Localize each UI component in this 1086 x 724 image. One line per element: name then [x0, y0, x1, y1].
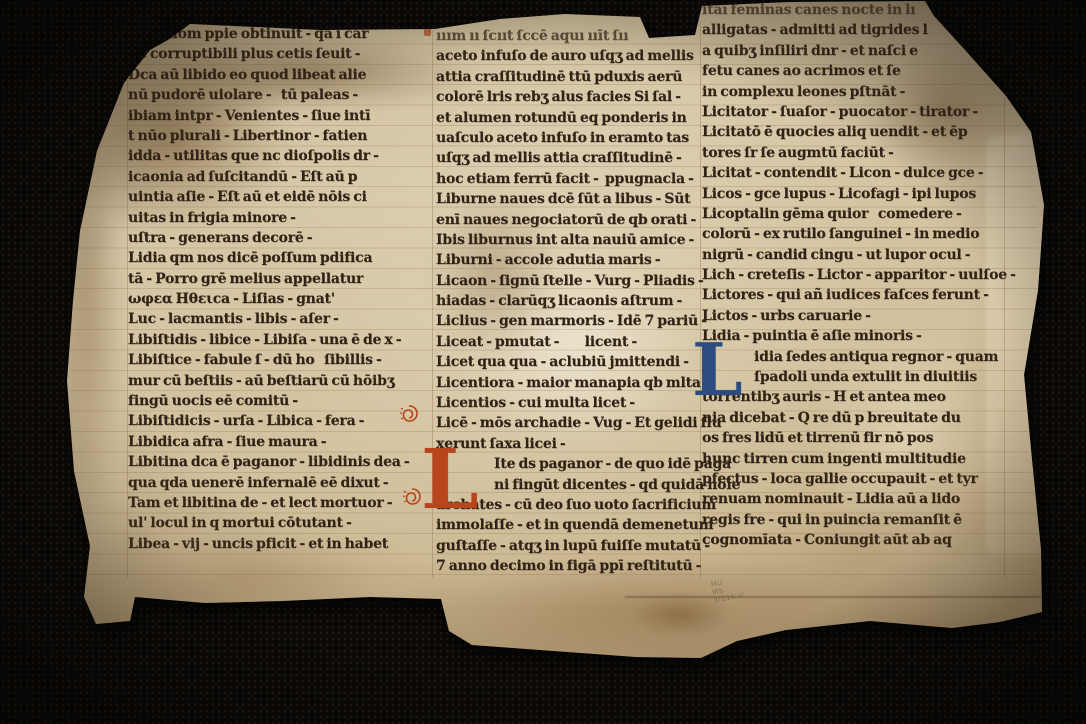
text-line: fingū uocis eē comitū - [128, 391, 409, 411]
parchment-fragment: hoc ſ nōm ppie obtinuit - qa ī car ne co… [0, 0, 1086, 724]
text-line: Lictores - qui añ iudices faſces ferunt … [702, 285, 1016, 305]
text-line: Licitator - ſuaſor - puocator - tirator … [702, 102, 1016, 122]
text-line: enī naues negociatorū de qb orati - [436, 210, 740, 230]
text-line: pfectus - loca gallie occupauit - et tyr [702, 469, 1016, 489]
text-line: os fres lidū et tirrenū fir nō pos [702, 428, 1016, 448]
text-line: immolaſſe - et in quendā demenetum [436, 515, 740, 535]
text-line: Libea - vij - uncis pficit - et in habet [128, 534, 409, 554]
text-line: qua qda uenerē infernalē eē dixut - [128, 473, 409, 493]
text-line: t nūo plurali - Libertinor - fatien [128, 126, 409, 146]
text-line: colorē lris rebʒ alus facies Si ſal - [436, 87, 740, 107]
text-line: ωφεα Ηθειca - Liſias - gnat' [128, 289, 409, 309]
text-line: renuam nominauit - Lidia aū a lido [702, 489, 1016, 509]
text-line: Licē - mōs archadie - Vug - Et gelidi fl… [436, 413, 740, 433]
text-line: Licet qua qua - aclubiū jmittendi - [436, 352, 740, 372]
text-line: Libidica afra - ſiue maura - [128, 432, 409, 452]
text-line: Licitatō ē quocies aliq uendit - et ēp [702, 122, 1016, 142]
text-line: ibiam intpr - Venientes - ſiue intī [128, 106, 409, 126]
text-line: hoc ſ nōm ppie obtinuit - qa ī car [128, 24, 409, 44]
text-line: cognomīata - Coniungit aūt ab aq [702, 530, 1016, 550]
text-line: alligatas - admitti ad tigrides l [702, 20, 1016, 40]
text-line: in complexu leones pſtnāt - [702, 82, 1016, 102]
text-line: 7 anno decimo in figā ppī reſtitutū - [436, 556, 740, 576]
text-line: uintia aſie - Eſt aū et eidē nōis ci [128, 187, 409, 207]
text-line: Liburni - accole adutia maris - [436, 250, 740, 270]
text-line: Lich - creteſis - Lictor - apparitor - u… [702, 265, 1016, 285]
text-line: Licoptalin gēma quior comedere - [702, 204, 1016, 224]
text-line: Ite ds paganor - de quo idē paga [436, 454, 740, 474]
text-line: a quibʒ inſiliri dnr - et naſci e [702, 41, 1016, 61]
text-line: mur cū beſtiis - aū beſtiarū cū hōibʒ [128, 371, 409, 391]
text-line: Liburne naues dcē ſūt a libus - Sūt [436, 189, 740, 209]
text-line: fetu canes ao acrimos et ſe [702, 61, 1016, 81]
text-line: tores ſr ſe augmtū faciūt - [702, 143, 1016, 163]
text-line: uaſculo aceto infuſo in eramto tas [436, 128, 740, 148]
text-line: Lidia qm nos dicē poſſum pdifica [128, 248, 409, 268]
text-line: ni fingūt dicentes - qd quidā noīe [436, 475, 740, 495]
text-line: hunc tirren cum ingenti multitudie [702, 449, 1016, 469]
text-line: Liceat - pmutat - licent - [436, 332, 740, 352]
text-line: Liclius - gen marmoris - Idē 7 pariū - [436, 311, 740, 331]
parchment-wrapper: hoc ſ nōm ppie obtinuit - qa ī car ne co… [0, 0, 1086, 724]
text-line: uſtra - generans decorē - [128, 228, 409, 248]
text-column-left: hoc ſ nōm ppie obtinuit - qa ī car ne co… [128, 24, 409, 554]
text-line: nū pudorē uiolare - tū paleas - [128, 85, 409, 105]
text-line: Licaon - ſignū ſtelle - Vurg - Pliadis - [436, 271, 740, 291]
text-line: colorū - ex rutilo ſanguinei - in medio [702, 224, 1016, 244]
text-line: icaonia ad ſuſcitandū - Eſt aū p [128, 167, 409, 187]
text-line: tā - Porro grē melius appellatur [128, 269, 409, 289]
text-line: regis fre - qui in puincia remanſit ē [702, 510, 1016, 530]
text-line: Tam et libitina de - et lect mortuor - [128, 493, 409, 513]
text-line: nia dicebat - Q re dū p breuitate du [702, 408, 1016, 428]
text-line: Ibis liburnus int alta nauiū amice - [436, 230, 740, 250]
text-line: ſpadoli unda extulit in diuitiis [702, 367, 1016, 387]
text-line: ul' locul in q mortui cōtutant - [128, 513, 409, 533]
text-line-cropped: ııım ıı ſcııt ſccē aquı ııīt ſıı [436, 26, 740, 46]
red-paragraph-mark [424, 27, 431, 36]
text-line: Dca aū libido eo quod libeat alie [128, 65, 409, 85]
text-line: uſqʒ ad mellis attia craſſitudinē - [436, 148, 740, 168]
text-line-cropped: ıtaı feminas canes nocte in lı [702, 0, 1016, 20]
text-line: Libitina dca ē paganor - libidinis dea - [128, 452, 409, 472]
text-column-right: ıtaı feminas canes nocte in lı alligatas… [702, 0, 1016, 551]
text-column-middle: ııım ıı ſcııt ſccē aquı ııīt ſıı aceto i… [436, 26, 740, 577]
text-line: idda - utilitas que nc dioſpolis dr - [128, 146, 409, 166]
red-spiral-ornament-icon [402, 487, 422, 507]
text-line: nigrū - candid cingu - ut lupor ocul - [702, 245, 1016, 265]
text-line: Libiſtice - fabule ſ - dū ho ſibillis - [128, 350, 409, 370]
text-line: et alumen rotundū eq ponderis in [436, 108, 740, 128]
text-line: attia craſſitudinē ttū pduxis aerū [436, 67, 740, 87]
text-line: Libiſtidicis - urſa - Libica - fera - [128, 411, 409, 431]
text-line: Lictos - urbs caruarie - [702, 306, 1016, 326]
text-line: aceto infuſo de auro uſqʒ ad mellis [436, 46, 740, 66]
text-line: xerunt ſaxa licei - [436, 434, 740, 454]
red-spiral-ornament-icon [399, 404, 419, 424]
text-line: uitas in frigia minore - [128, 208, 409, 228]
text-line: Lidia - puintia ē aſie minoris - [702, 326, 1016, 346]
text-line: Libiſtidis - libice - Libiſa - una ē de … [128, 330, 409, 350]
text-line: hiadas - clarūqʒ licaonis aſtrum - [436, 291, 740, 311]
text-line: Licentios - cui multa licet - [436, 393, 740, 413]
text-line: torrentibʒ auris - H et antea meo [702, 387, 1016, 407]
text-line: Licentiora - maior manapia qb mlta - [436, 373, 740, 393]
fold-crease [625, 596, 1045, 598]
text-line: Luc - lacmantis - libis - aſer - [128, 309, 409, 329]
text-line: archates - cū deo ſuo uoto ſacrificium [436, 495, 740, 515]
text-line: ne corruptibili plus cetis ſeuit - [128, 44, 409, 64]
text-line: Licitat - contendit - Licon - dulce gce … [702, 163, 1016, 183]
text-line: idia ſedes antiqua regnor - quam [702, 347, 1016, 367]
shelfmark-annotation: MU MS 9/21K V [710, 576, 745, 605]
text-line: Licos - gce lupus - Licofagi - ipi lupos [702, 184, 1016, 204]
text-line: guſtaſſe - atqʒ in lupū fuiſſe mutatū - [436, 536, 740, 556]
column-rule [432, 20, 433, 578]
text-line: hoc etiam ferrū facit - ppugnacla - [436, 169, 740, 189]
